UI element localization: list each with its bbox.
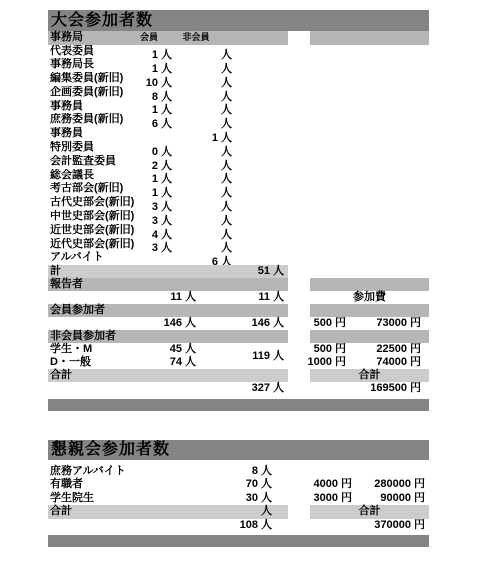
total-label: 合計 [50,505,72,518]
header-row: 事務局会員非会員 [48,31,429,45]
total-row: 合計人 合計 [48,505,429,518]
table-end-bar [48,535,429,547]
grand-total-label: 合計 [50,369,72,382]
header-right-bar [310,31,429,45]
row-label: アルバイト [48,251,143,265]
table-end-bar [48,399,429,411]
fee-section-bar [310,278,429,291]
fee-amount: 22500 円 [376,343,421,356]
table-row: 会計監査委員2 人人 [48,155,429,169]
row-label: 庶務委員(新旧) [48,113,143,127]
table-row: 事務局長1 人人 [48,58,429,72]
table-row: 事務員1 人 [48,127,429,141]
table-row: 学生院生30 人 3000 円90000 円 [48,492,429,505]
section-label: 報告者 [50,278,83,291]
total-values-row: 108 人 370000 円 [48,519,429,532]
social-title-bar: 懇親会参加者数 [48,440,429,460]
section-label: 非会員参加者 [50,330,116,343]
fee-total-label: 合計 [310,505,429,518]
report-page: 大会参加者数 事務局会員非会員 代表委員1 人人 事務局長1 人人 編集委員(新… [0,0,480,567]
table-row: アルバイト6 人 [48,251,429,265]
social-gathering-table: 懇親会参加者数 庶務アルバイト8 人 有職者70 人 4000 円280000 … [48,440,429,547]
fee-unit-price: 3000 円 [313,492,352,505]
conference-title-bar: 大会参加者数 [48,10,429,31]
count-cell: 74 人 [170,356,196,369]
row-label: 企画委員(新旧) [48,86,143,100]
section-row-member-participants: 会員参加者 [48,304,429,317]
fee-section-bar [310,330,429,343]
header-left: 事務局会員非会員 [48,31,288,45]
subtotal-value: 51 人 [258,265,284,278]
fee-amount: 280000 円 [374,478,425,491]
table-row: 企画委員(新旧)8 人人 [48,86,429,100]
row-label: D・一般 [50,356,91,369]
member-participant-count: 146 人 [164,317,196,330]
reporter-nonmember-count: 11 人 [258,291,284,304]
row-label: 学生院生 [48,492,198,505]
subtotal-label: 計 [50,265,61,278]
fee-amount: 74000 円 [376,356,421,369]
fee-section-bar [310,304,429,317]
total-count: 108 人 [240,519,272,532]
row-label: 近代史部会(新旧) [48,238,143,252]
table-row: 特別委員0 人人 [48,141,429,155]
nonmember-detail-block: 学生・M45 人 D・一般74 人 119 人 500 円22500 円 100… [48,343,429,369]
table-row: 編集委員(新旧)10 人人 [48,72,429,86]
count-cell: 30 人 [246,492,272,505]
member-participant-values-row: 146 人146 人 500 円73000 円 [48,317,429,330]
row-label: 学生・M [50,343,92,356]
table-row: 庶務委員(新旧)6 人人 [48,113,429,127]
count-cell: 45 人 [170,343,196,356]
header-office-label: 事務局 [48,31,134,45]
section-label: 会員参加者 [50,304,105,317]
subtotal-row: 計51 人 [48,265,429,278]
table-row: 近代史部会(新旧)3 人人 [48,238,429,252]
row-label: 事務員 [48,127,143,141]
table-row: 古代史部会(新旧)3 人人 [48,196,429,210]
row-label: 代表委員 [48,45,143,59]
table-row: 代表委員1 人人 [48,45,429,59]
fee-unit-price: 500 円 [314,317,346,330]
section-row-nonmember-participants: 非会員参加者 [48,330,429,343]
table-row: 庶務アルバイト8 人 [48,465,429,478]
fee-total-amount: 169500 円 [370,382,421,395]
conference-table: 大会参加者数 事務局会員非会員 代表委員1 人人 事務局長1 人人 編集委員(新… [48,10,429,411]
row-label: 総会議長 [48,169,143,183]
count-cell: 8 人 [252,465,272,478]
reporter-member-count: 11 人 [170,291,196,304]
row-label: 事務局長 [48,58,143,72]
table-row: 考古部会(新旧)1 人人 [48,182,429,196]
member-participant-count2: 146 人 [252,317,284,330]
row-label: 中世史部会(新旧) [48,210,143,224]
fee-unit-price: 4000 円 [313,478,352,491]
reporter-values-row: 11 人11 人 参加費 [48,291,429,304]
table-row: 総会議長1 人人 [48,169,429,183]
fee-header: 参加費 [310,291,429,304]
table-row: 有職者70 人 4000 円280000 円 [48,478,429,491]
header-nonmember-label: 非会員 [176,31,216,45]
section-row-reporters: 報告者 [48,278,429,291]
row-label: 事務員 [48,100,143,114]
row-label: 会計監査委員 [48,155,143,169]
nonmember-merged-total: 119 人 [252,350,284,363]
grand-total-count: 327 人 [252,382,284,395]
table-row: 中世史部会(新旧)3 人人 [48,210,429,224]
table-row: 近世史部会(新旧)4 人人 [48,224,429,238]
total-unit-cell: 人 [261,505,272,518]
row-label: 特別委員 [48,141,143,155]
fee-total-amount: 370000 円 [374,519,425,532]
fee-unit-price: 1000 円 [307,356,346,369]
fee-amount: 90000 円 [380,492,425,505]
row-label: 近世史部会(新旧) [48,224,143,238]
count-cell: 70 人 [246,478,272,491]
fee-unit-price: 500 円 [314,343,346,356]
row-label: 考古部会(新旧) [48,182,143,196]
row-label: 庶務アルバイト [48,465,198,478]
table-row: 事務員1 人人 [48,100,429,114]
fee-amount: 73000 円 [376,317,421,330]
grand-total-row: 合計 合計 [48,369,429,382]
row-label: 有職者 [48,478,198,491]
row-label: 編集委員(新旧) [48,72,143,86]
grand-total-values-row: 327 人 169500 円 [48,382,429,395]
row-label: 古代史部会(新旧) [48,196,143,210]
header-member-label: 会員 [134,31,164,45]
fee-total-label: 合計 [310,369,429,382]
